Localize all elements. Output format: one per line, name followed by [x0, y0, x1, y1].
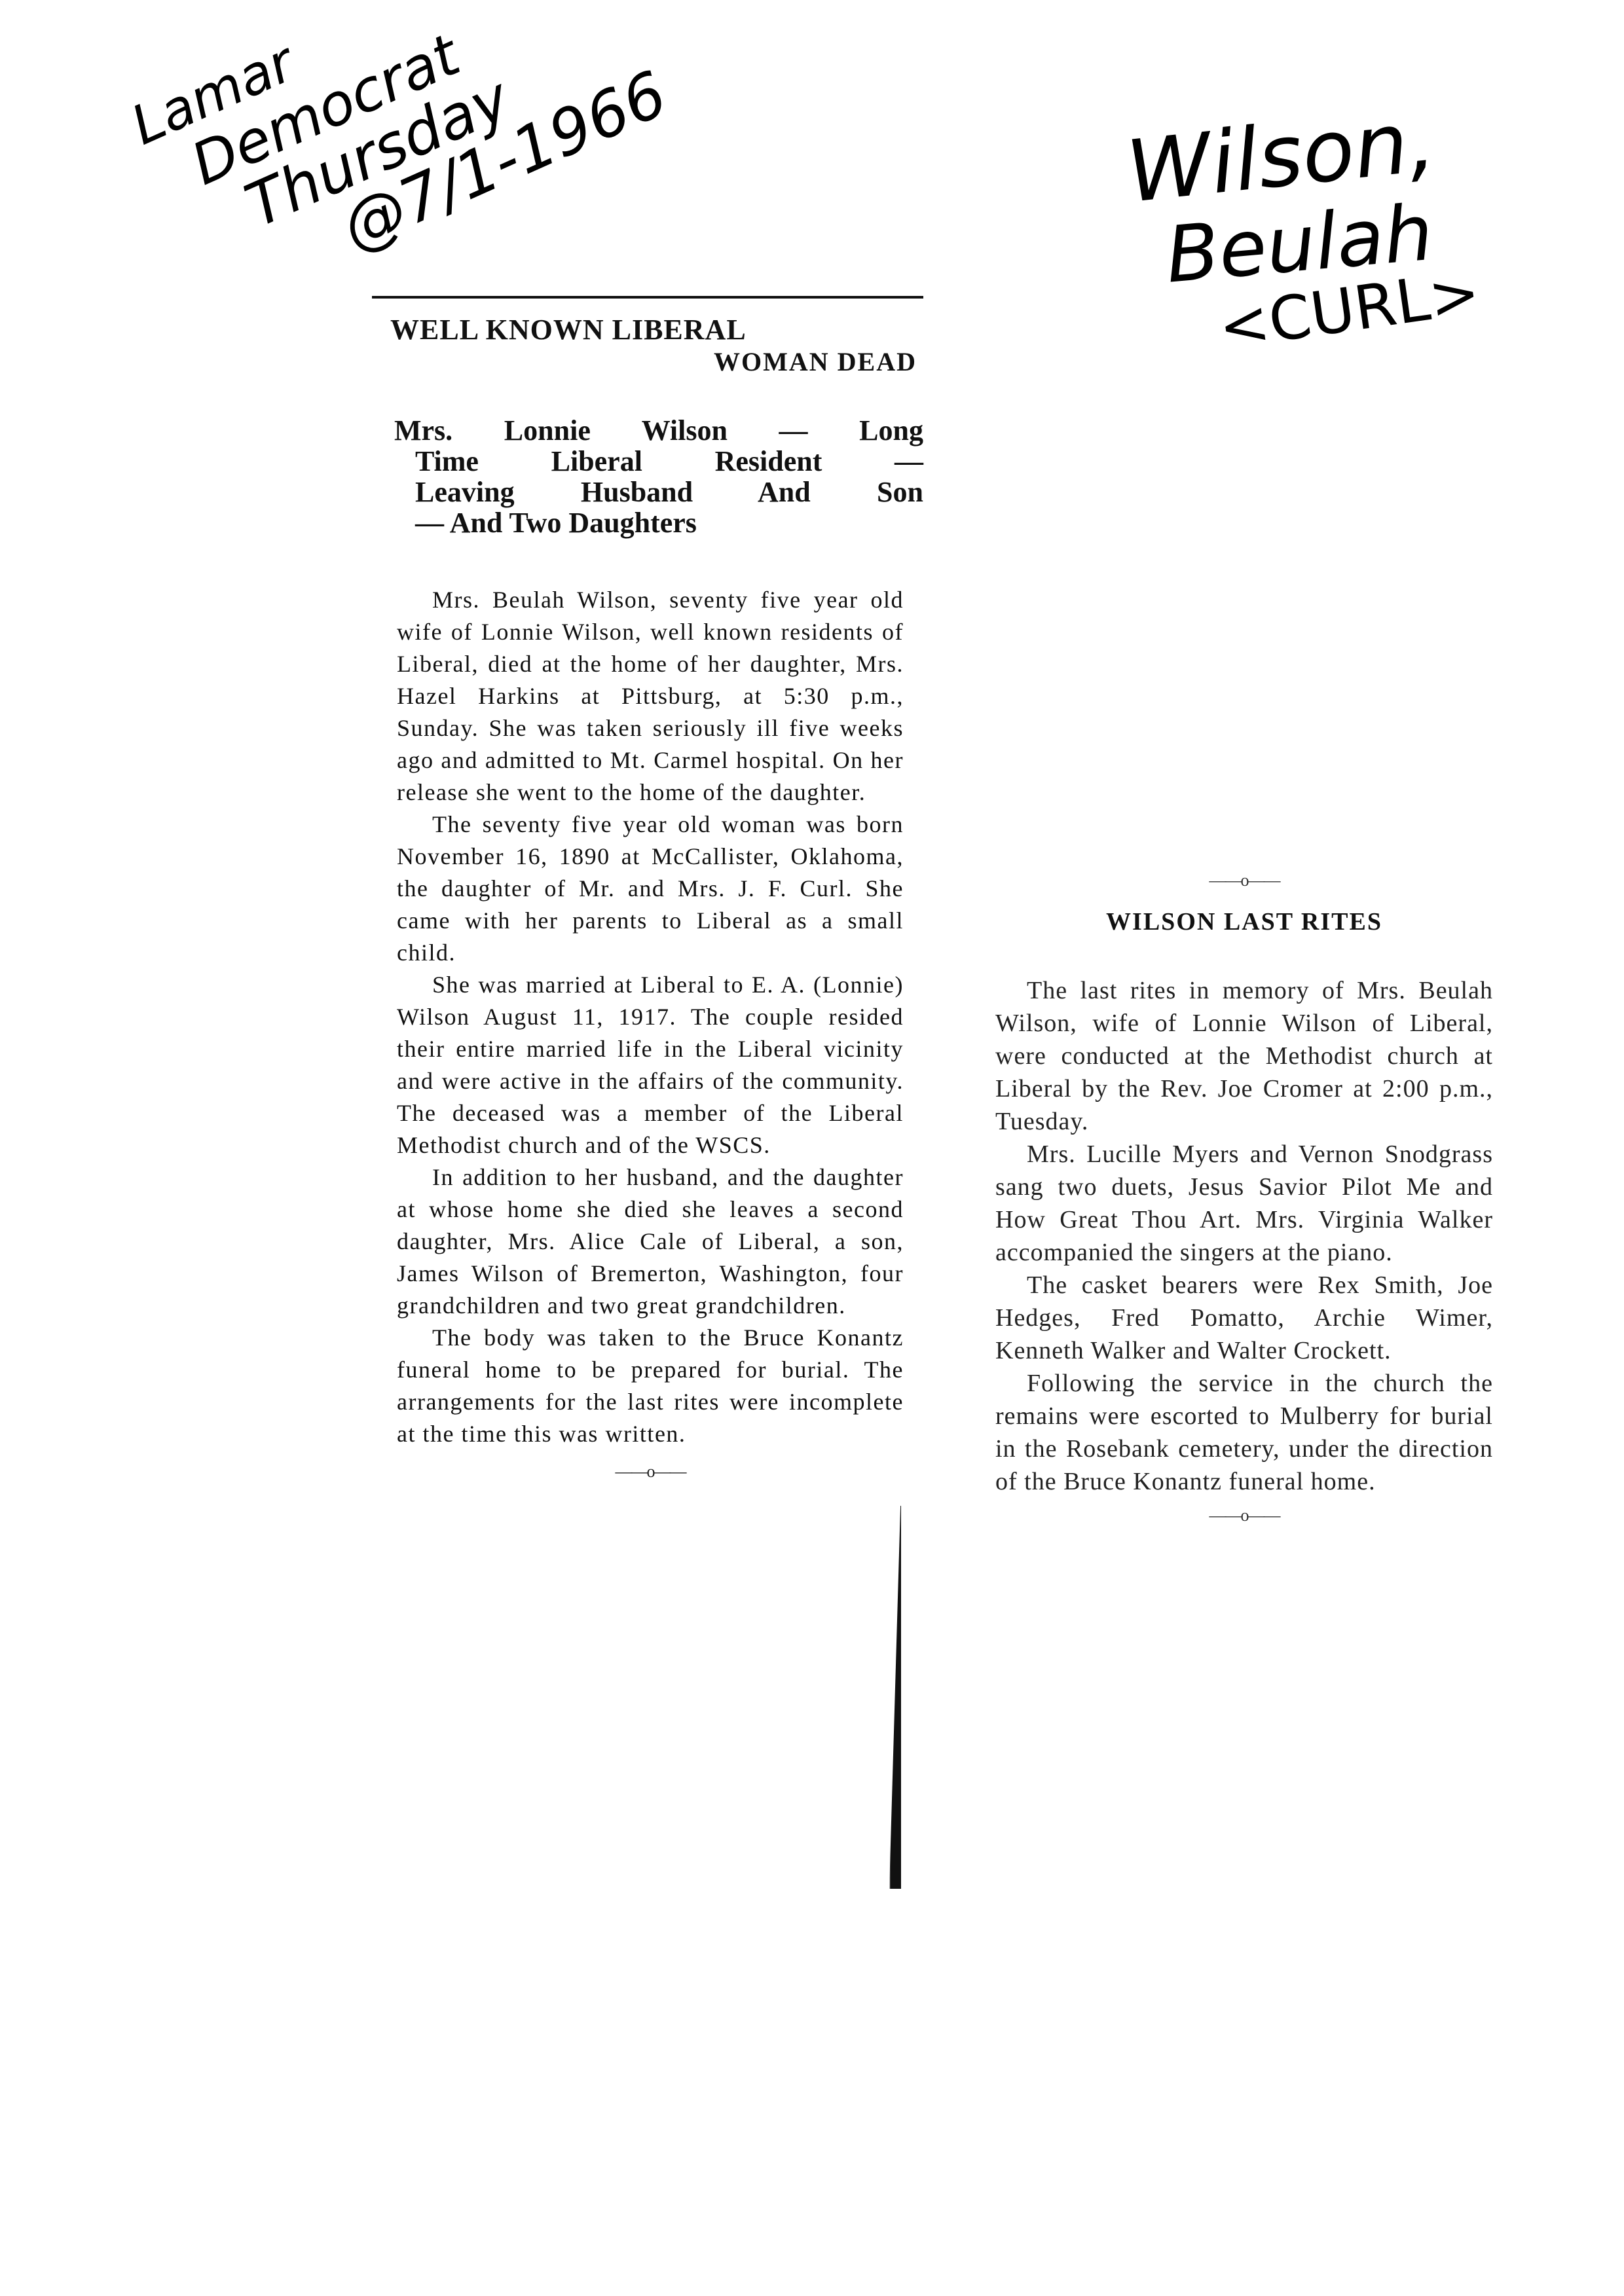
paragraph: The body was taken to the Bruce Konantz … [397, 1322, 904, 1450]
handwritten-name-note: Wilson, Beulah <CURL> [1126, 111, 1481, 340]
paragraph: Mrs. Beulah Wilson, seventy five year ol… [397, 584, 904, 809]
deck-line: Time Liberal Resident — [394, 446, 923, 477]
article-body: The last rites in memory of Mrs. Beulah … [995, 974, 1493, 1498]
end-mark: ——o—— [397, 1462, 904, 1482]
headline: WILSON LAST RITES [995, 907, 1493, 936]
headline-line-2: WOMAN DEAD [373, 346, 917, 377]
paragraph: Mrs. Lucille Myers and Vernon Snodgrass … [995, 1138, 1493, 1269]
column-divider-rule [889, 1506, 901, 1889]
deck-line: Mrs. Lonnie Wilson — Long [394, 415, 923, 446]
end-mark: ——o—— [995, 1506, 1493, 1525]
deck-line: Leaving Husband And Son [394, 477, 923, 507]
paragraph: The seventy five year old woman was born… [397, 809, 904, 969]
paragraph: The last rites in memory of Mrs. Beulah … [995, 974, 1493, 1138]
paragraph: In addition to her husband, and the daug… [397, 1161, 904, 1322]
headline-line-1: WELL KNOWN LIBERAL [390, 313, 923, 346]
column-top-rule [372, 296, 923, 299]
obituary-article: WELL KNOWN LIBERAL WOMAN DEAD Mrs. Lonni… [373, 308, 923, 1482]
paragraph: Following the service in the church the … [995, 1367, 1493, 1498]
paragraph: The casket bearers were Rex Smith, Joe H… [995, 1269, 1493, 1367]
paragraph: She was married at Liberal to E. A. (Lon… [397, 969, 904, 1161]
subheadline: Mrs. Lonnie Wilson — Long Time Liberal R… [373, 415, 923, 538]
last-rites-article: ——o—— WILSON LAST RITES The last rites i… [995, 871, 1493, 1525]
article-body: Mrs. Beulah Wilson, seventy five year ol… [373, 584, 923, 1482]
deck-line: — And Two Daughters [394, 507, 923, 538]
handwritten-source-note: Lamar Democrat Thursday @7/1-1966 [124, 0, 675, 321]
separator-mark: ——o—— [995, 871, 1493, 890]
